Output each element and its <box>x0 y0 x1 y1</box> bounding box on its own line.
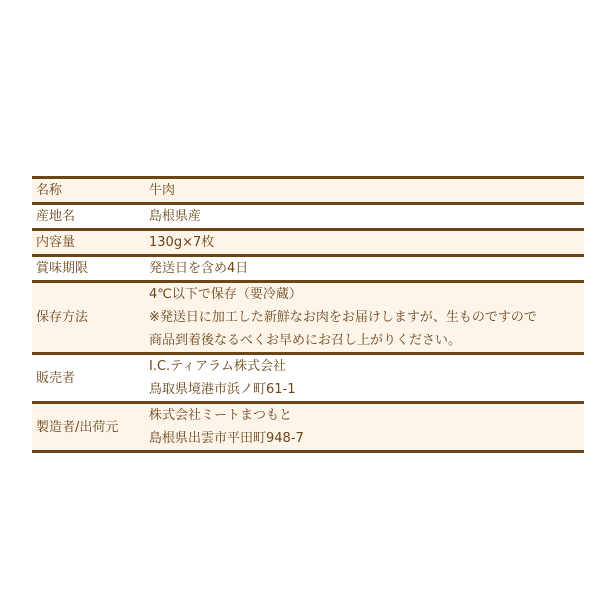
value-line: 鳥取県境港市浜ノ町61-1 <box>149 378 580 401</box>
value-line: 130g×7枚 <box>149 231 580 254</box>
row-value: 株式会社ミートまつもと 島根県出雲市平田町948-7 <box>145 403 584 452</box>
value-line: 島根県産 <box>149 205 580 228</box>
row-value: 島根県産 <box>145 204 584 230</box>
value-line: 島根県出雲市平田町948-7 <box>149 427 580 450</box>
row-value: 130g×7枚 <box>145 230 584 256</box>
row-value: 4℃以下で保存（要冷蔵） ※発送日に加工した新鮮なお肉をお届けしますが、生もので… <box>145 282 584 354</box>
row-label: 賞味期限 <box>32 256 145 282</box>
row-label: 保存方法 <box>32 282 145 354</box>
value-line: 発送日を含め4日 <box>149 257 580 280</box>
row-label: 販売者 <box>32 354 145 403</box>
value-line: ※発送日に加工した新鮮なお肉をお届けしますが、生ものですので <box>149 306 580 329</box>
row-contents: 内容量 130g×7枚 <box>32 230 584 256</box>
value-line: I.C.ティアラム株式会社 <box>149 355 580 378</box>
row-seller: 販売者 I.C.ティアラム株式会社 鳥取県境港市浜ノ町61-1 <box>32 354 584 403</box>
row-name: 名称 牛肉 <box>32 178 584 204</box>
row-storage: 保存方法 4℃以下で保存（要冷蔵） ※発送日に加工した新鮮なお肉をお届けしますが… <box>32 282 584 354</box>
value-line: 4℃以下で保存（要冷蔵） <box>149 283 580 306</box>
value-line: 商品到着後なるべくお早めにお召し上がりください。 <box>149 329 580 352</box>
row-value: 発送日を含め4日 <box>145 256 584 282</box>
row-expiry: 賞味期限 発送日を含め4日 <box>32 256 584 282</box>
row-label: 製造者/出荷元 <box>32 403 145 452</box>
value-line: 牛肉 <box>149 179 580 202</box>
row-manufacturer: 製造者/出荷元 株式会社ミートまつもと 島根県出雲市平田町948-7 <box>32 403 584 452</box>
product-info-table: 名称 牛肉 産地名 島根県産 内容量 130g×7枚 賞味期限 発送日を含め4日… <box>32 176 584 453</box>
value-line: 株式会社ミートまつもと <box>149 404 580 427</box>
row-label: 産地名 <box>32 204 145 230</box>
row-value: 牛肉 <box>145 178 584 204</box>
row-label: 内容量 <box>32 230 145 256</box>
row-label: 名称 <box>32 178 145 204</box>
row-origin: 産地名 島根県産 <box>32 204 584 230</box>
row-value: I.C.ティアラム株式会社 鳥取県境港市浜ノ町61-1 <box>145 354 584 403</box>
